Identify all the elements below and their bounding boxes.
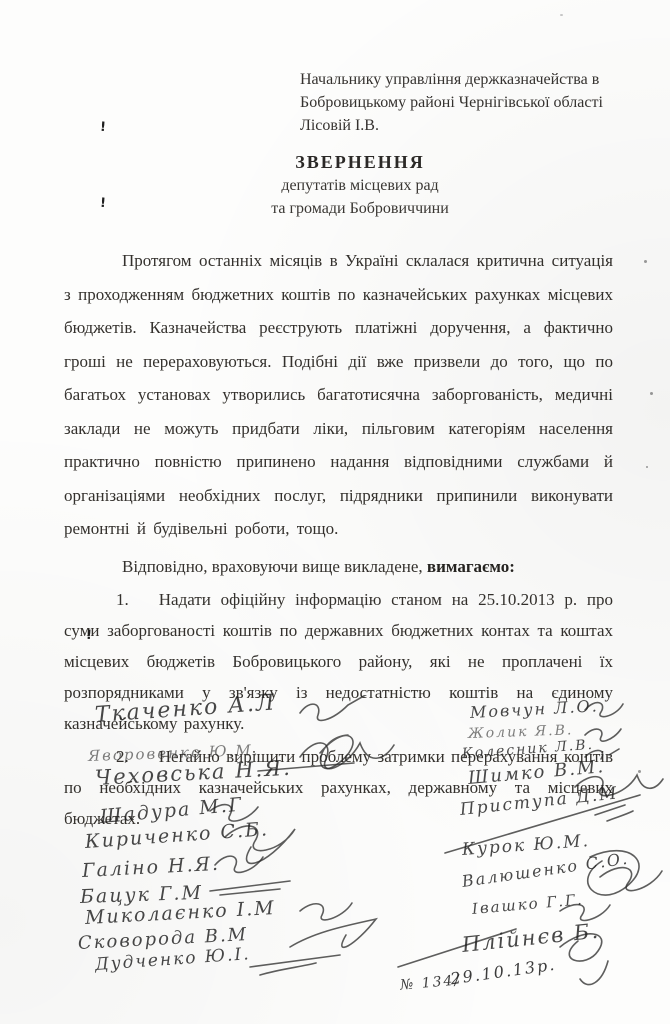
scan-speck bbox=[644, 260, 647, 263]
document-subtitle: депутатів місцевих рад bbox=[195, 175, 525, 196]
addressee-line: Начальнику управління держказначейства в bbox=[300, 68, 630, 91]
signature-entry: Івашко Г.Г. bbox=[471, 890, 584, 918]
scan-speck bbox=[638, 770, 641, 773]
signature-entry: Плійнєв Б. bbox=[461, 919, 601, 957]
addressee-block: Начальнику управління держказначейства в… bbox=[300, 68, 630, 137]
signature-entry: Галіно Н.Я. bbox=[81, 853, 220, 882]
ink-mark: ! bbox=[85, 628, 92, 643]
ink-mark: ! bbox=[99, 196, 106, 211]
handwritten-date: 29.10.13р. bbox=[449, 955, 557, 989]
scan-speck bbox=[646, 466, 648, 468]
document-title: ЗВЕРНЕННЯ bbox=[195, 152, 525, 173]
scanned-document-page: Начальнику управління держказначейства в… bbox=[0, 0, 670, 1024]
scan-speck bbox=[560, 14, 563, 16]
scan-speck bbox=[650, 392, 653, 395]
paragraph-demand-intro: Відповідно, враховуючи вище викладене, в… bbox=[64, 552, 613, 582]
paragraph-situation: Протягом останніх місяців в Україні скла… bbox=[64, 244, 613, 546]
addressee-line: Бобровицькому районі Чернігівської облас… bbox=[300, 91, 630, 114]
demand-number: 1. bbox=[90, 584, 129, 615]
document-subtitle: та громади Бобровиччини bbox=[195, 198, 525, 219]
demand-intro-bold: вимагаємо: bbox=[427, 557, 515, 576]
demand-intro-text: Відповідно, враховуючи вище викладене, bbox=[122, 557, 427, 576]
ink-mark: ! bbox=[99, 120, 106, 135]
title-block: ЗВЕРНЕННЯ депутатів місцевих рад та гром… bbox=[195, 152, 525, 219]
addressee-line: Лісовій І.В. bbox=[300, 114, 630, 137]
